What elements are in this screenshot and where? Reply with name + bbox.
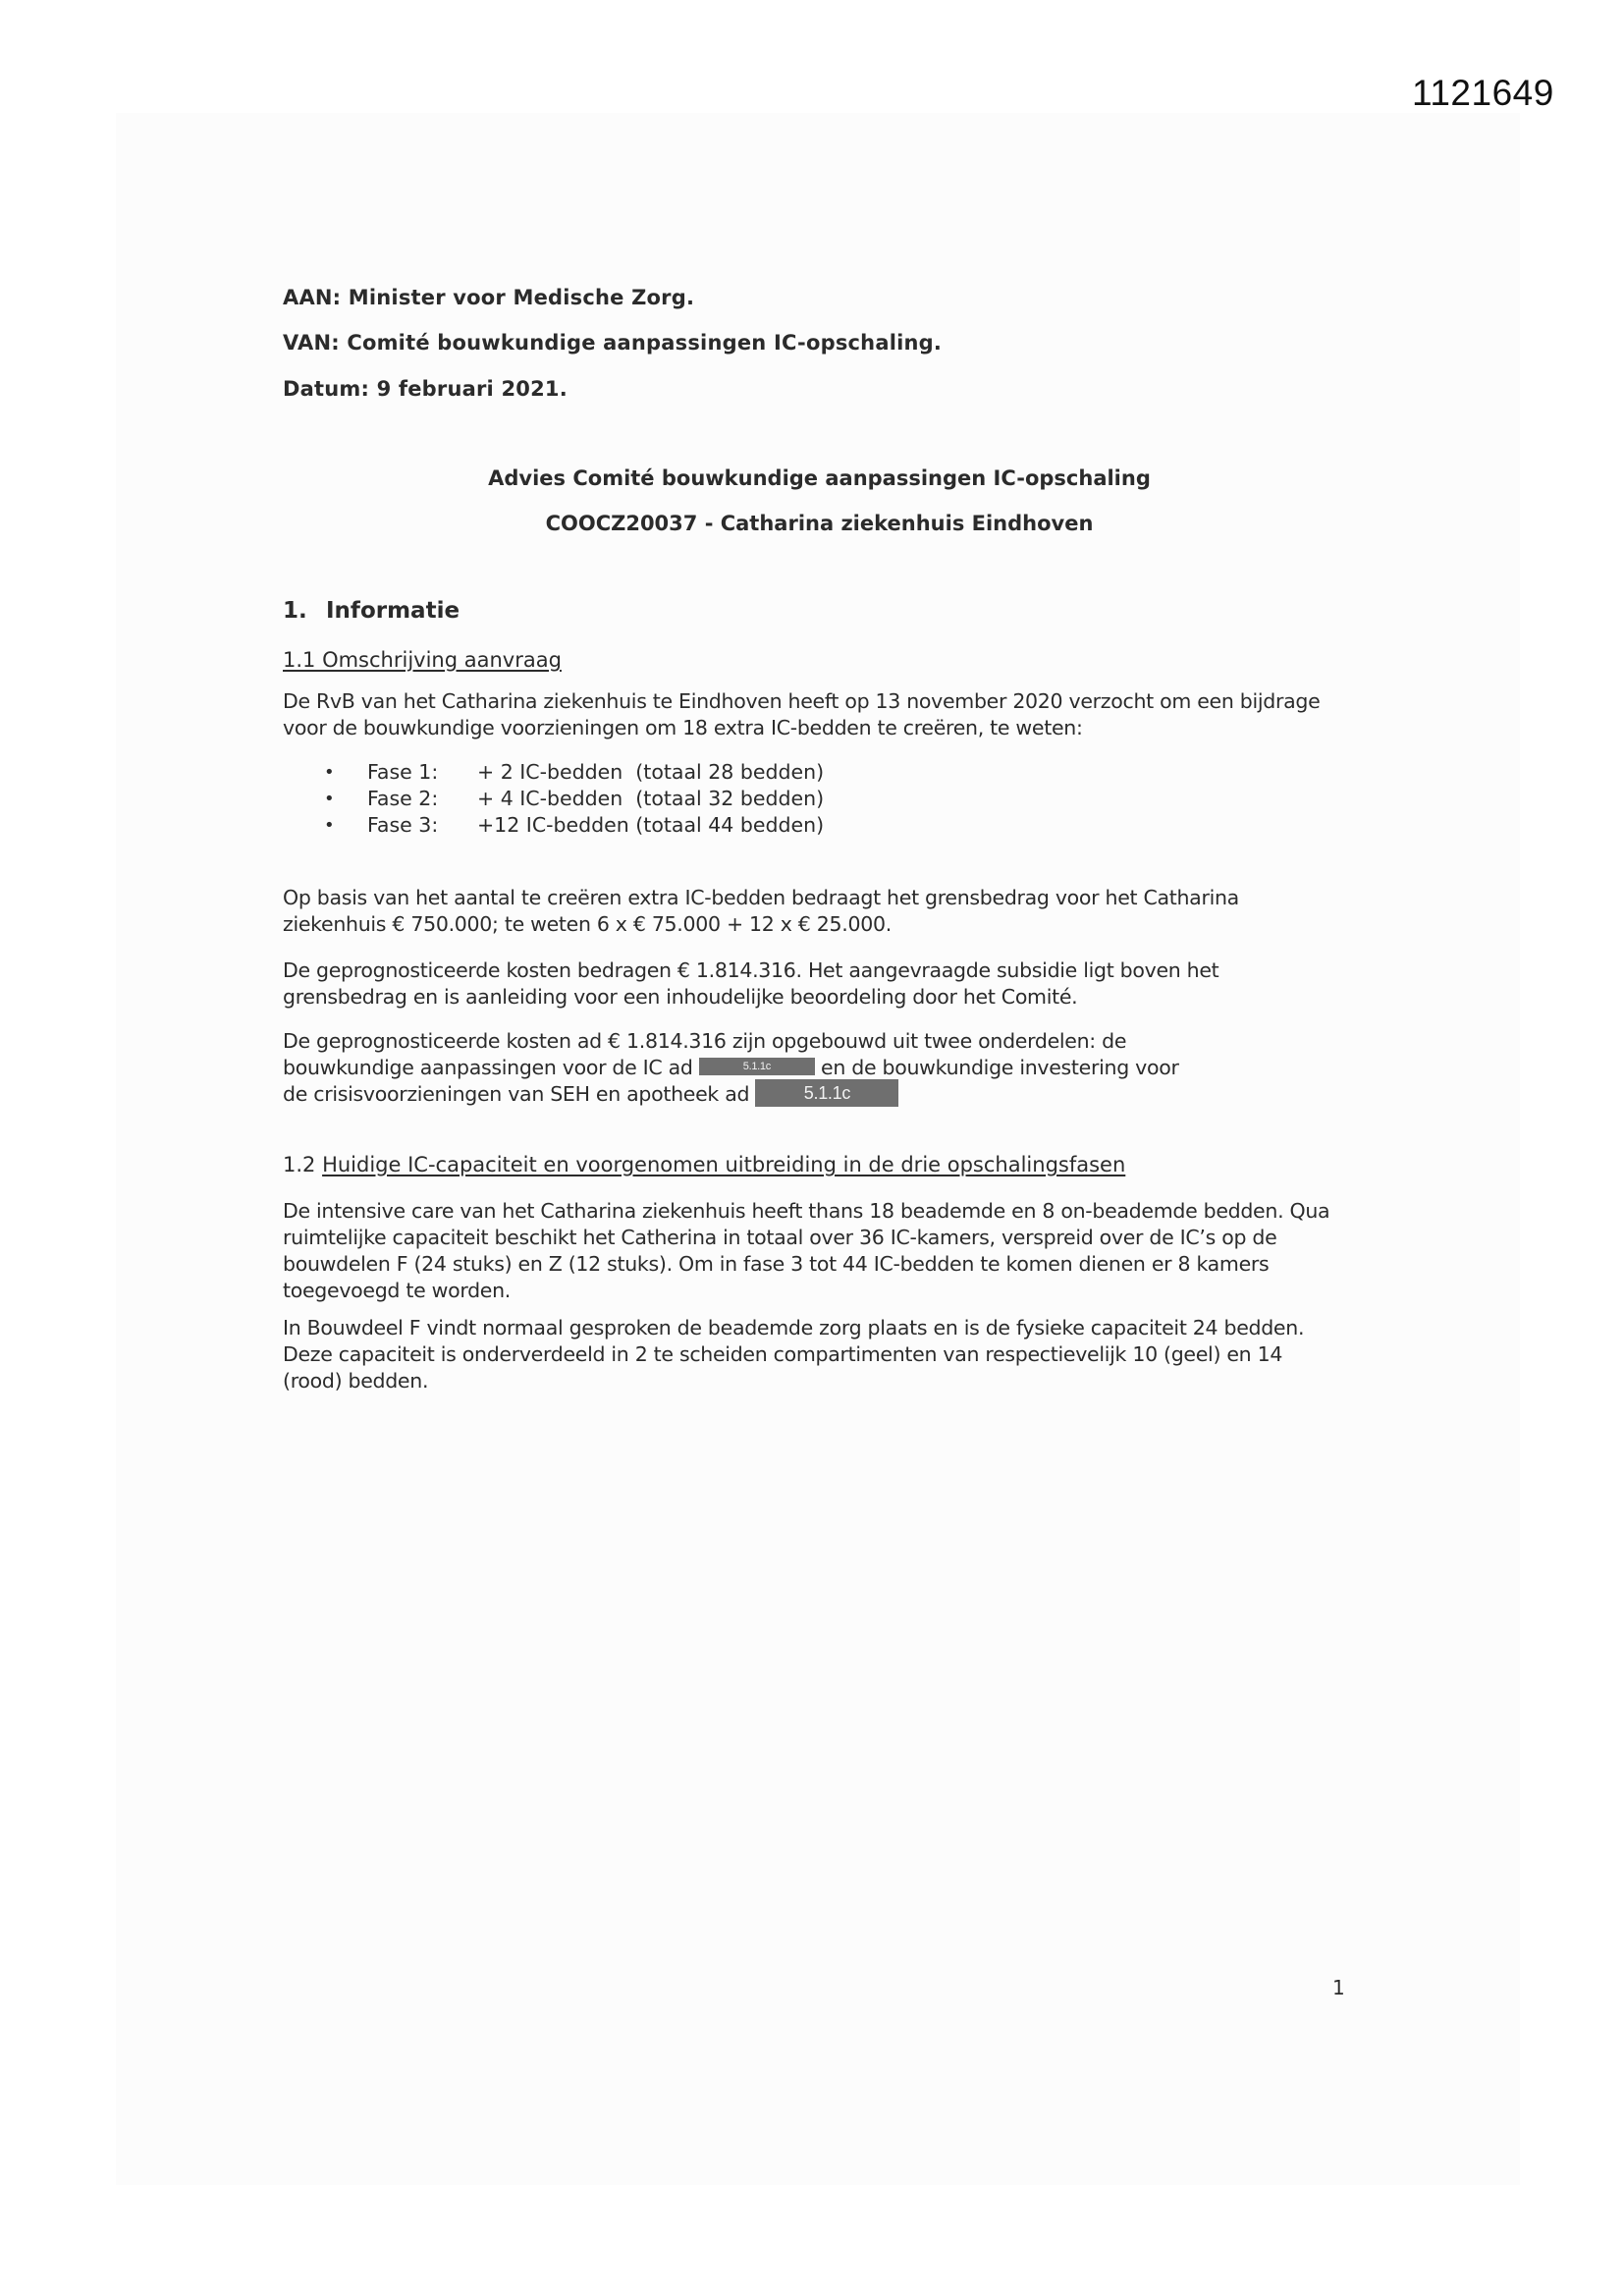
document-subtitle: COOCZ20037 - Catharina ziekenhuis Eindho… [0, 512, 1624, 535]
redaction-block: 5.1.1c [755, 1079, 898, 1107]
section-number: 1. [283, 598, 326, 624]
section-heading-informatie: 1.Informatie [283, 598, 460, 624]
paragraph-grensbedrag: Op basis van het aantal te creëren extra… [283, 885, 1343, 938]
phase-list: •Fase 1:+ 2 IC-bedden (totaal 28 bedden)… [324, 759, 824, 839]
document-title: Advies Comité bouwkundige aanpassingen I… [0, 466, 1624, 490]
date-line: Datum: 9 februari 2021. [283, 377, 568, 401]
list-item: •Fase 1:+ 2 IC-bedden (totaal 28 bedden) [324, 759, 824, 786]
recipient-line: AAN: Minister voor Medische Zorg. [283, 286, 694, 309]
paragraph-kosten: De geprognosticeerde kosten bedragen € 1… [283, 957, 1343, 1011]
scanned-page-area [116, 113, 1520, 2185]
list-item: •Fase 3:+12 IC-bedden (totaal 44 bedden) [324, 812, 824, 839]
document-number: 1121649 [1412, 73, 1554, 114]
sender-line: VAN: Comité bouwkundige aanpassingen IC-… [283, 331, 942, 355]
paragraph-intro: De RvB van het Catharina ziekenhuis te E… [283, 688, 1343, 741]
subsection-heading-1-2: 1.2 Huidige IC-capaciteit en voorgenomen… [283, 1153, 1125, 1176]
paragraph-bouwdeel-f: In Bouwdeel F vindt normaal gesproken de… [283, 1315, 1343, 1394]
redaction-block: 5.1.1c [699, 1058, 815, 1075]
subsection-heading-1-1: 1.1 Omschrijving aanvraag [283, 648, 562, 672]
paragraph-onderdelen: De geprognosticeerde kosten ad € 1.814.3… [283, 1028, 1343, 1108]
list-item: •Fase 2:+ 4 IC-bedden (totaal 32 bedden) [324, 786, 824, 812]
section-title: Informatie [326, 598, 460, 624]
page-number: 1 [1332, 1976, 1345, 1999]
paragraph-ic-capaciteit: De intensive care van het Catharina ziek… [283, 1198, 1343, 1304]
